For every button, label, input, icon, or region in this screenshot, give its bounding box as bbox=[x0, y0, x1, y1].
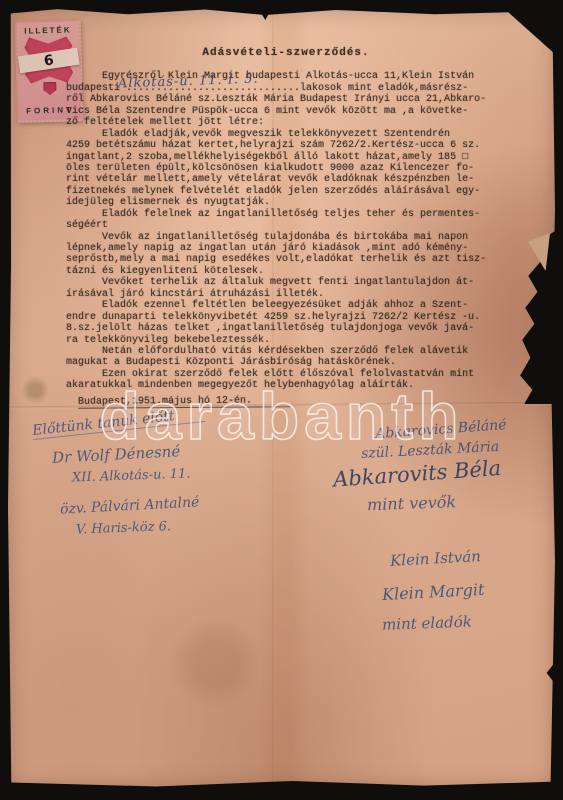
seller-signature-line: mint eladók bbox=[382, 610, 539, 633]
buyer-signature-line: mint vevők bbox=[367, 489, 554, 514]
typed-line: magukat a Budapesti Központi Járásbírósá… bbox=[66, 357, 506, 368]
stamp-value: 6 bbox=[43, 52, 55, 69]
scan-background: ILLETÉK 6 FORINT Adásvételi-szwerződés. … bbox=[0, 0, 563, 800]
typed-line: akaratukkal mindenben megegyezőt helyben… bbox=[66, 380, 506, 391]
stamp-crest-icon bbox=[43, 82, 56, 95]
typed-line: ző feltételek mellett jött létre: bbox=[66, 117, 506, 128]
document-paper: ILLETÉK 6 FORINT Adásvételi-szwerződés. … bbox=[8, 8, 555, 788]
typed-line: 8.sz.jelölt házas telket ,ingatlanillető… bbox=[66, 323, 506, 334]
typed-line: tázni és kiegyenliteni kötelesek. bbox=[66, 266, 506, 277]
typed-line: Eladók ezennel feltétlen beleegyezésüket… bbox=[66, 300, 506, 311]
stamp-illetek-label: ILLETÉK bbox=[24, 25, 72, 35]
typed-line: idejüleg elismernek és nyugtatják. bbox=[66, 197, 506, 208]
witness-signature-line: V. Haris-köz 6. bbox=[76, 516, 276, 538]
typed-line: 4259 betétszámu házat kertet,helyrajzi s… bbox=[66, 140, 506, 151]
typed-line: írásával járó kincstári átruházási illet… bbox=[66, 289, 506, 300]
typed-line: Eladók eladják,vevők megveszik telekköny… bbox=[66, 129, 506, 140]
contract-title: Adásvételi-szwerződés. bbox=[66, 48, 506, 59]
typed-line: fizetnekés melynek felvételét eladók jel… bbox=[66, 186, 506, 197]
typed-line: ről Abkarovics Béláné sz.Leszták Mária B… bbox=[66, 94, 506, 105]
witness-signature-line: XII. Alkotás-u. 11. bbox=[72, 463, 276, 485]
typed-line: Vevők az ingatlanilletőség tulajdonába é… bbox=[66, 232, 506, 243]
typed-line: öles területen épült,kölcsönösen kialkud… bbox=[66, 163, 506, 174]
typed-line: endre dunaparti telekkönyvibetét 4259 sz… bbox=[66, 312, 506, 323]
buyer-signatures: Abkarovics Bélánészül. Leszták MáriaAbka… bbox=[333, 420, 553, 511]
typed-line: Eladók felelnek az ingatlanilletőség tel… bbox=[66, 209, 506, 220]
typed-line: vics Béla Szentendre Püspök-ucca 6 mint … bbox=[66, 106, 506, 117]
typed-line: lépnek,amely napig az ingatlan után járó… bbox=[66, 243, 506, 254]
contract-lines: Egyrészről Klein Margit budapesti Alkotá… bbox=[66, 71, 506, 391]
typed-body: Adásvételi-szwerződés. Egyrészről Klein … bbox=[66, 48, 506, 408]
typed-line: ségéért bbox=[66, 220, 506, 231]
typed-line: seprőstb,mely a mai napig esedékes volt,… bbox=[66, 254, 506, 265]
witness-signature-line: Dr Wolf Dénesné bbox=[52, 437, 277, 467]
typed-line: ingatlant,2 szoba,mellékhelyiségekből ál… bbox=[66, 152, 506, 163]
seller-signature-line: Klein Margit bbox=[382, 577, 539, 604]
seller-signatures: Klein IstvánKlein Margitmint eladók bbox=[378, 548, 538, 631]
witness-signatures: Előttünk tanuk előttDr Wolf DénesnéXII. … bbox=[26, 413, 276, 534]
witness-signature-line: özv. Pálvári Antalné bbox=[60, 490, 277, 517]
typed-line: Ezen okirat szerződő felek előtt élőszóv… bbox=[66, 369, 506, 380]
witness-signature-line: Előttünk tanuk előtt bbox=[32, 405, 206, 440]
typed-line: Vevőket terhelik az általuk megvett fent… bbox=[66, 277, 506, 288]
seller-signature-line: Klein István bbox=[390, 544, 539, 570]
typed-line: rint vételár mellett,amely vételárat vev… bbox=[66, 174, 506, 185]
typed-line: Netán előfordulható vitás kérdésekben sz… bbox=[66, 346, 506, 357]
typed-line: ra telekkönyvileg bekebeleztessék. bbox=[66, 335, 506, 346]
